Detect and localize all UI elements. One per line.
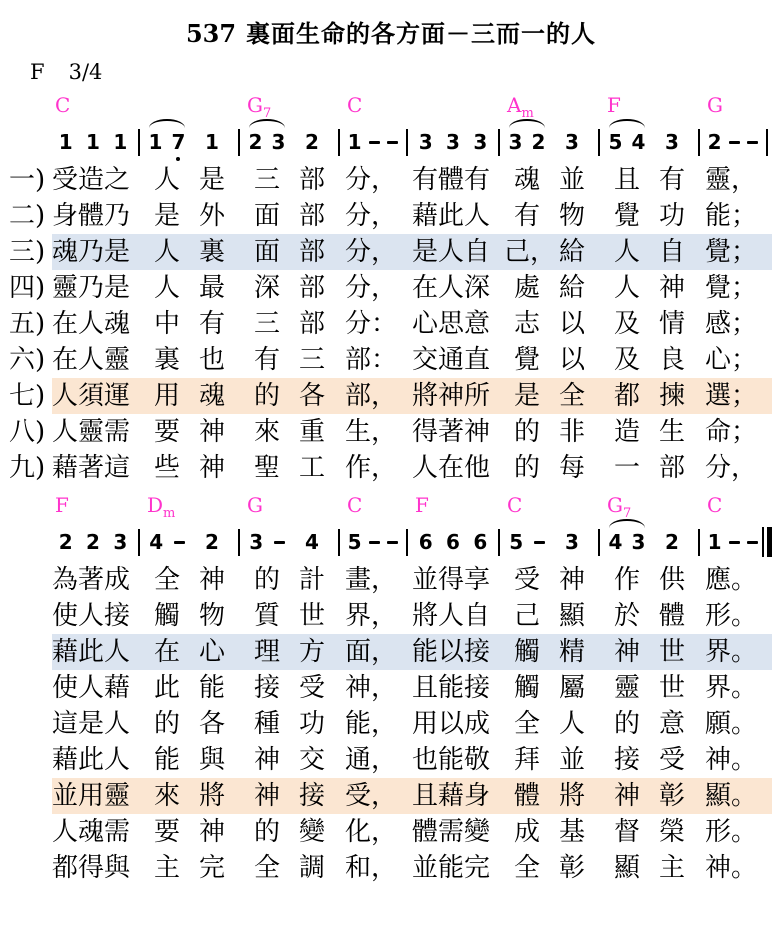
verse-number [8, 778, 52, 814]
lyric-cell: 魂 [504, 162, 550, 198]
lyric-cells: 在人魂中有三部分：心思意志以及情感； [52, 306, 772, 342]
lyric-gap [334, 378, 344, 414]
chord-cell [144, 94, 190, 118]
lyric-cells: 藉著這些神聖工作，人在他的每一部分， [52, 450, 772, 486]
lyric-cell: 願。 [704, 706, 762, 742]
lyric-cell: 給 [550, 270, 594, 306]
lyric-row: 這是人的各種功能，用以成全人的意願。 [8, 706, 782, 742]
notation-row: 22342345666534321 [8, 518, 782, 556]
chord-symbol: C [347, 93, 362, 117]
lyric-gap [594, 670, 604, 706]
lyric-cell: 藉此人 [52, 742, 134, 778]
barline [134, 128, 144, 156]
lyric-gap [134, 814, 144, 850]
lyric-cell: 分， [344, 270, 402, 306]
lyric-cell: 靈 [604, 670, 650, 706]
lyric-gap [594, 634, 604, 670]
note-cell: 43 [604, 528, 650, 556]
lyric-cell: 成 [504, 814, 550, 850]
lyric-row: 四)靈乃是人最深部分，在人深處給人神覺； [8, 270, 782, 306]
lyric-gap [494, 598, 504, 634]
lyric-cell: 都得與 [52, 850, 134, 886]
note-cell: 2 [704, 128, 762, 156]
chord-row-spacer [8, 94, 52, 118]
final-bar-thin [762, 527, 764, 557]
lyric-cell: 的 [244, 814, 290, 850]
time-signature: 3/4 [69, 60, 103, 84]
lyric-row: 一)受造之人是三部分，有體有魂並且有靈， [8, 162, 782, 198]
lyric-cell: 完 [190, 850, 234, 886]
note-cell: 32 [504, 128, 550, 156]
note-cell: 23 [244, 128, 290, 156]
note-cell: 2 [650, 528, 694, 556]
lyric-cell: 人魂需 [52, 814, 134, 850]
lyric-row: 二)身體乃是外面部分，藉此人有物覺功能； [8, 198, 782, 234]
lyric-cell: 各 [290, 378, 334, 414]
lyric-gap [594, 706, 604, 742]
lyric-cell: 面 [244, 234, 290, 270]
lyric-cell: 覺 [504, 342, 550, 378]
chord-cell [650, 494, 694, 518]
lyric-cell: 物 [550, 198, 594, 234]
barline [334, 528, 344, 556]
lyric-cell: 交 [290, 742, 334, 778]
lyric-row: 並用靈來將神接受，且藉身體將神彰顯。 [8, 778, 782, 814]
lyric-gap [134, 162, 144, 198]
lyric-cell: 受造之 [52, 162, 134, 198]
lyric-cell: 受， [344, 778, 402, 814]
lyric-gap [234, 562, 244, 598]
lyric-row: 三)魂乃是人裏面部分，是人自己，給人自覺； [8, 234, 782, 270]
note-cell: 666 [412, 528, 494, 556]
lyric-cell: 全 [144, 562, 190, 598]
notation-row: 11117123213333235432 [8, 118, 782, 156]
lyric-cell: 人 [144, 162, 190, 198]
chord-gap [402, 494, 412, 518]
note-digit: 2 [532, 129, 546, 155]
lyric-gap [134, 742, 144, 778]
lyric-gap [402, 450, 412, 486]
barline-mark [498, 529, 500, 556]
chord-cell: F [52, 494, 134, 518]
lyric-cells: 身體乃是外面部分，藉此人有物覺功能； [52, 198, 772, 234]
lyric-cell: 使人接 [52, 598, 134, 634]
chord-symbol: C [347, 493, 362, 517]
note-digit: 2 [86, 529, 100, 555]
lyric-cell: 部， [344, 378, 402, 414]
barline-mark [406, 129, 408, 156]
chord-gap [234, 94, 244, 118]
lyric-gap [762, 450, 772, 486]
system-1: CG7CAmFG11117123213333235432一)受造之人是三部分，有… [8, 94, 782, 486]
lyric-gap [334, 342, 344, 378]
note-digit: 3 [249, 529, 263, 555]
lyric-cell: 界。 [704, 634, 762, 670]
note-digit: 5 [348, 529, 362, 555]
lyric-row: 六)在人靈裏也有三部：交通直覺以及良心； [8, 342, 782, 378]
lyric-cell: 畫， [344, 562, 402, 598]
lyric-cell: 使人藉 [52, 670, 134, 706]
chord-row: CG7CAmFG [8, 94, 782, 118]
lyric-cell: 的 [604, 706, 650, 742]
lyric-gap [402, 162, 412, 198]
chord-row-spacer [8, 494, 52, 518]
lyric-cell: 分， [344, 198, 402, 234]
lyric-cell: 顯 [604, 850, 650, 886]
chord-cell [290, 494, 334, 518]
lyric-gap [134, 634, 144, 670]
note-digit: 1 [205, 129, 219, 155]
lyric-cells: 都得與主完全調和，並能完全彰顯主神。 [52, 850, 772, 886]
lyric-gap [334, 198, 344, 234]
lyric-cell: 形。 [704, 598, 762, 634]
lyric-gap [402, 634, 412, 670]
chord-cell: C [504, 494, 550, 518]
lyric-gap [402, 850, 412, 886]
lyric-row: 為著成全神的計畫，並得享受神作供應。 [8, 562, 782, 598]
lyric-cell: 全 [550, 378, 594, 414]
lyric-gap [334, 850, 344, 886]
lyric-cell: 及 [604, 342, 650, 378]
lyric-cell: 來 [244, 414, 290, 450]
lyric-cell: 觸 [504, 634, 550, 670]
lyric-cell: 體需變 [412, 814, 494, 850]
lyric-gap [134, 306, 144, 342]
lyric-cell: 面 [244, 198, 290, 234]
lyric-gap [762, 670, 772, 706]
chord-gap [494, 94, 504, 118]
lyric-cell: 彰 [550, 850, 594, 886]
note-digit: 5 [509, 529, 523, 555]
chord-gap [334, 494, 344, 518]
lyric-gap [402, 598, 412, 634]
chord-cell [550, 94, 594, 118]
barline [594, 528, 604, 556]
lyric-gap [694, 778, 704, 814]
chord-cell: C [52, 94, 134, 118]
end-barline [762, 128, 772, 156]
lyric-row: 使人接觸物質世界，將人自己顯於體形。 [8, 598, 782, 634]
lyric-row: 八)人靈需要神來重生，得著神的非造生命； [8, 414, 782, 450]
lyric-cell: 魂 [190, 378, 234, 414]
chord-symbol: Am [507, 93, 534, 117]
lyric-cell: 在 [144, 634, 190, 670]
lyric-cell: 的 [244, 562, 290, 598]
lyric-gap [494, 742, 504, 778]
lyric-cell: 人 [144, 234, 190, 270]
chord-cell: Am [504, 94, 550, 118]
lyric-gap [762, 634, 772, 670]
lyric-gap [402, 378, 412, 414]
note-digit: 3 [446, 129, 460, 155]
lyric-cell: 化， [344, 814, 402, 850]
lyric-cell: 三 [244, 306, 290, 342]
lyric-cell: 來 [144, 778, 190, 814]
lyric-cell: 部 [290, 198, 334, 234]
lyric-cell: 且 [604, 162, 650, 198]
chord-symbol: C [55, 93, 70, 117]
lyric-gap [494, 306, 504, 342]
barline [494, 528, 504, 556]
barline-mark [238, 529, 240, 556]
lyric-gap [694, 670, 704, 706]
note-digit: 2 [708, 129, 722, 155]
note-digit: 6 [419, 529, 433, 555]
lyric-gap [762, 162, 772, 198]
lyric-gap [594, 814, 604, 850]
lyric-cell: 最 [190, 270, 234, 306]
lyric-cell: 交通直 [412, 342, 494, 378]
lyric-gap [694, 562, 704, 598]
chord-symbol: Dm [147, 493, 175, 517]
verse-number: 二) [8, 198, 52, 234]
lyric-gap [594, 414, 604, 450]
lyric-cell: 此 [144, 670, 190, 706]
system-2: FDmGCFCG7C22342345666534321為著成全神的計畫，並得享受… [8, 494, 782, 886]
lyric-gap [694, 342, 704, 378]
lyric-cells: 藉此人能與神交通，也能敬拜並接受神。 [52, 742, 772, 778]
barline [234, 128, 244, 156]
lyric-row: 九)藉著這些神聖工作，人在他的每一部分， [8, 450, 782, 486]
rest-dash [369, 141, 380, 144]
barline-mark [766, 129, 768, 156]
lyric-cell: 意 [650, 706, 694, 742]
note-digit: 2 [249, 129, 263, 155]
lyric-row: 都得與主完全調和，並能完全彰顯主神。 [8, 850, 782, 886]
note-digit: 2 [205, 529, 219, 555]
lyric-cell: 神 [604, 778, 650, 814]
lyric-cell: 面， [344, 634, 402, 670]
lyric-cell: 和， [344, 850, 402, 886]
lyric-cell: 每 [550, 450, 594, 486]
lyric-cell: 神。 [704, 850, 762, 886]
lyric-cell: 神。 [704, 742, 762, 778]
lyric-cell: 人 [604, 234, 650, 270]
lyric-cells: 受造之人是三部分，有體有魂並且有靈， [52, 162, 772, 198]
lyric-gap [234, 162, 244, 198]
lyric-gap [762, 706, 772, 742]
lyric-gap [762, 850, 772, 886]
verse-number: 一) [8, 162, 52, 198]
verse-number: 九) [8, 450, 52, 486]
lyric-gap [234, 414, 244, 450]
lyric-cell: 是人自 [412, 234, 494, 270]
lyric-gap [134, 706, 144, 742]
lyric-cell: 生， [344, 414, 402, 450]
lyric-cell: 人須運 [52, 378, 134, 414]
lyric-gap [134, 198, 144, 234]
chord-symbol: G [707, 93, 723, 117]
lyric-cell: 裏 [190, 234, 234, 270]
lyric-cell: 將神所 [412, 378, 494, 414]
lyric-row: 藉此人能與神交通，也能敬拜並接受神。 [8, 742, 782, 778]
lyric-row: 七)人須運用魂的各部，將神所是全都揀選； [8, 378, 782, 414]
lyric-cell: 的 [504, 414, 550, 450]
barline-mark [138, 129, 140, 156]
note-cell: 223 [52, 528, 134, 556]
chord-cell: G7 [604, 494, 650, 518]
lyric-cell: 功 [290, 706, 334, 742]
chord-symbol: F [55, 493, 69, 517]
lyric-gap [234, 634, 244, 670]
lyric-gap [594, 742, 604, 778]
note-digit: 3 [419, 129, 433, 155]
chord-subscript: m [163, 506, 175, 521]
lyric-row: 五)在人魂中有三部分：心思意志以及情感； [8, 306, 782, 342]
lyric-cell: 藉著這 [52, 450, 134, 486]
lyric-gap [234, 742, 244, 778]
lyric-gap [234, 598, 244, 634]
barline [694, 528, 704, 556]
note-digit: 3 [272, 129, 286, 155]
barline-mark [238, 129, 240, 156]
note-digit: 1 [113, 129, 127, 155]
lyric-gap [494, 850, 504, 886]
lyric-cell: 非 [550, 414, 594, 450]
lyric-gap [234, 342, 244, 378]
lyric-cell: 神 [650, 270, 694, 306]
lyric-gap [594, 850, 604, 886]
lyric-gap [694, 234, 704, 270]
lyric-cell: 在人靈 [52, 342, 134, 378]
slur-arc [249, 119, 285, 128]
lyric-cell: 魂乃是 [52, 234, 134, 270]
barline [334, 128, 344, 156]
lyric-cells: 使人藉此能接受神，且能接觸屬靈世界。 [52, 670, 772, 706]
lyric-gap [402, 306, 412, 342]
rest-dash [387, 141, 398, 144]
lyric-gap [762, 270, 772, 306]
lyric-cell: 觸 [504, 670, 550, 706]
note-cell: 2 [190, 528, 234, 556]
lyric-gap [134, 450, 144, 486]
note-cell: 4 [290, 528, 334, 556]
lyric-cell: 並得享 [412, 562, 494, 598]
chord-gap [234, 494, 244, 518]
lyric-gap [762, 378, 772, 414]
rest-dash [747, 141, 758, 144]
lyric-gap [334, 306, 344, 342]
lyric-cell: 命； [704, 414, 762, 450]
lyric-cell: 能， [344, 706, 402, 742]
lyric-cell: 也能敬 [412, 742, 494, 778]
lyric-gap [762, 198, 772, 234]
lyric-cell: 人 [604, 270, 650, 306]
lyric-gap [762, 306, 772, 342]
lyric-cell: 藉此人 [412, 198, 494, 234]
lyric-cell: 界。 [704, 670, 762, 706]
lyric-gap [594, 306, 604, 342]
lyric-cell: 良 [650, 342, 694, 378]
lyric-cell: 榮 [650, 814, 694, 850]
chord-symbol: C [707, 493, 722, 517]
end-barline [762, 528, 772, 556]
lyric-gap [494, 198, 504, 234]
lyric-cell: 以 [550, 342, 594, 378]
chord-cell [650, 94, 694, 118]
lyric-cell: 並 [550, 742, 594, 778]
note-digit: 4 [305, 529, 319, 555]
note-cell: 3 [550, 128, 594, 156]
lyric-cell: 精 [550, 634, 594, 670]
note-cell: 1 [190, 128, 234, 156]
lyric-cell: 重 [290, 414, 334, 450]
lyric-gap [134, 850, 144, 886]
lyric-cell: 觸 [144, 598, 190, 634]
notation-row-spacer [8, 128, 52, 156]
lyric-cell: 神 [190, 450, 234, 486]
lyric-gap [494, 814, 504, 850]
lyric-gap [234, 850, 244, 886]
lyric-gap [594, 778, 604, 814]
lyric-cell: 有 [650, 162, 694, 198]
note-digit: 3 [113, 529, 127, 555]
lyric-cell: 全 [504, 850, 550, 886]
lyric-gap [594, 562, 604, 598]
lyric-cell: 外 [190, 198, 234, 234]
lyric-cell: 給 [550, 234, 594, 270]
chord-cell [290, 94, 334, 118]
lyric-cell: 變 [290, 814, 334, 850]
lyric-cell: 將 [550, 778, 594, 814]
chord-symbol: G7 [607, 493, 631, 517]
chord-symbol: G7 [247, 93, 271, 117]
lyric-cell: 在人深 [412, 270, 494, 306]
note-cell: 1 [344, 128, 402, 156]
lyric-gap [494, 414, 504, 450]
rest-dash [174, 541, 185, 544]
lyric-gap [402, 706, 412, 742]
key-signature: F [30, 60, 45, 84]
lyric-cell: 些 [144, 450, 190, 486]
lyric-cell: 神， [344, 670, 402, 706]
barline-mark [698, 529, 700, 556]
lyric-cell: 是 [144, 198, 190, 234]
chord-cell [550, 494, 594, 518]
slur-arc [609, 119, 645, 128]
lyric-gap [494, 378, 504, 414]
note-digit: 4 [632, 129, 646, 155]
lyric-gap [402, 234, 412, 270]
lyric-cells: 人靈需要神來重生，得著神的非造生命； [52, 414, 772, 450]
barline-mark [698, 129, 700, 156]
lyric-gap [402, 778, 412, 814]
lyric-cells-highlighted: 魂乃是人裏面部分，是人自己，給人自覺； [52, 234, 772, 270]
lyric-gap [234, 198, 244, 234]
lyric-cell: 屬 [550, 670, 594, 706]
lyric-cell: 主 [144, 850, 190, 886]
lyric-gap [134, 778, 144, 814]
lyric-cells-highlighted: 並用靈來將神接受，且藉身體將神彰顯。 [52, 778, 772, 814]
lyric-gap [762, 598, 772, 634]
note-digit: 7 [172, 129, 186, 155]
lyric-cell: 情 [650, 306, 694, 342]
lyric-gap [694, 706, 704, 742]
lyric-gap [234, 450, 244, 486]
lyric-cell: 人 [144, 270, 190, 306]
lyric-gap [134, 378, 144, 414]
lyric-gap [694, 814, 704, 850]
lyric-block: 一)受造之人是三部分，有體有魂並且有靈，二)身體乃是外面部分，藉此人有物覺功能；… [8, 162, 782, 486]
rest-dash [274, 541, 285, 544]
lyric-cell: 作 [604, 562, 650, 598]
note-digit: 1 [149, 129, 163, 155]
final-double-barline [762, 527, 772, 557]
lyric-cell: 部 [650, 450, 694, 486]
rest-dash [747, 541, 758, 544]
lyric-gap [134, 670, 144, 706]
lyric-cell: 的 [144, 706, 190, 742]
